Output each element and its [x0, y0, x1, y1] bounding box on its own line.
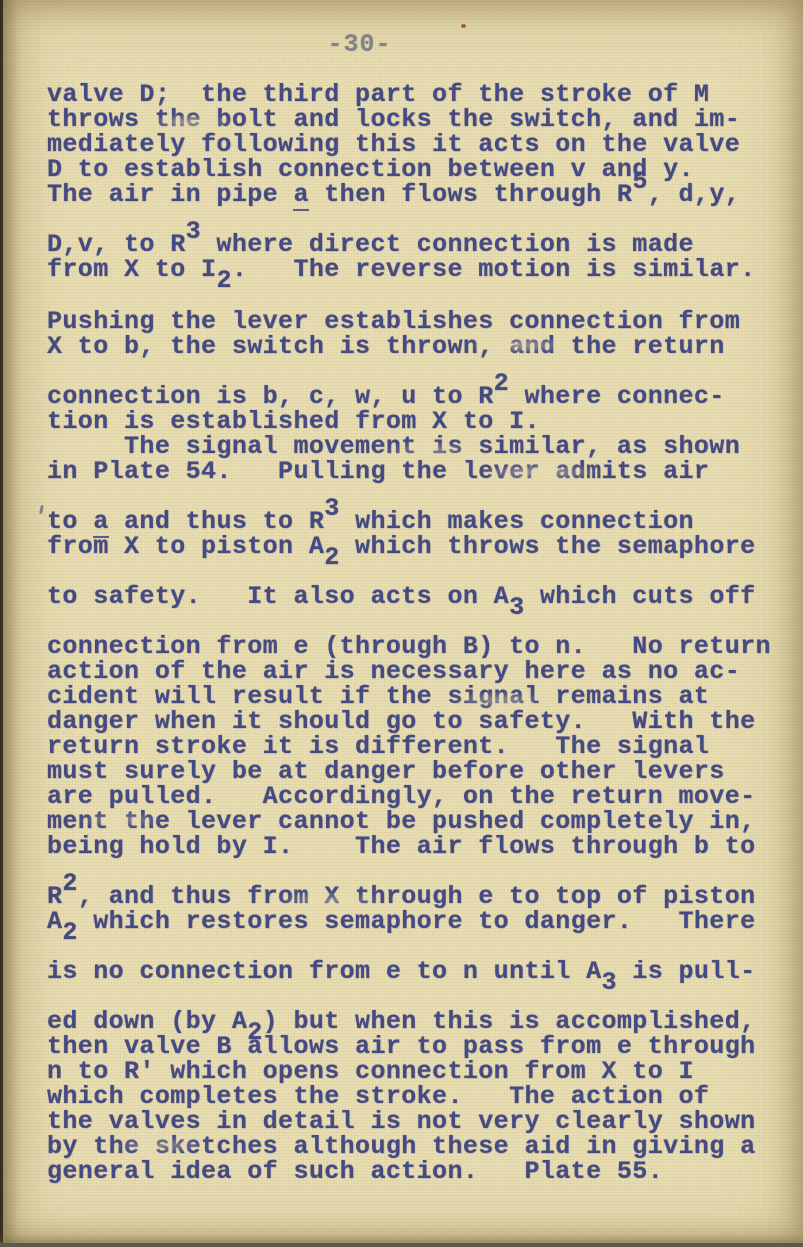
page-bottom-edge [0, 1243, 803, 1247]
text-line: throws the bolt and locks the switch, an… [47, 107, 787, 132]
text-run: , d,y, [648, 180, 740, 209]
text-run: The air in pipe [47, 180, 293, 209]
text-run: . The reverse motion is similar. [232, 255, 756, 284]
text-run: from X to piston A [47, 532, 324, 561]
text-line: cident will result if the signal remains… [47, 684, 787, 709]
text-line: ment the lever cannot be pushed complete… [47, 809, 787, 834]
subscript-digit: 2 [247, 1018, 262, 1047]
text-line: Pushing the lever establishes connection… [47, 309, 787, 334]
text-line: connection is b, c, w, u to R2 where con… [47, 384, 787, 409]
text-line: D to establish connection between v and … [47, 157, 787, 182]
text-line: general idea of such action. Plate 55. [47, 1159, 787, 1184]
text-line: D,v, to R3 where direct connection is ma… [47, 232, 787, 257]
text-run: is pull- [617, 957, 756, 986]
underlined-term: a [293, 180, 308, 211]
text-run: then flows through R [309, 180, 632, 209]
text-line: to a and thus to R3 which makes connecti… [47, 509, 787, 534]
text-line: the valves in detail is not very clearly… [47, 1109, 787, 1134]
text-line: danger when it should go to safety. With… [47, 709, 787, 734]
text-line: The air in pipe a then flows through R5,… [47, 182, 787, 207]
subscript-digit: 3 [602, 968, 617, 997]
superscript-digit: 3 [324, 494, 339, 523]
text-run: being hold by I. The air flows through b… [47, 832, 756, 861]
text-run: which throws the semaphore [340, 532, 756, 561]
page-number: -30- [0, 30, 761, 59]
text-line: by the sketches although these aid in gi… [47, 1134, 787, 1159]
text-line: must surely be at danger before other le… [47, 759, 787, 784]
text-line: The signal movement is similar, as shown [47, 434, 787, 459]
subscript-digit: 2 [324, 543, 339, 572]
subscript-digit: 2 [62, 918, 77, 947]
text-line: action of the air is necessary here as n… [47, 659, 787, 684]
text-line: being hold by I. The air flows through b… [47, 834, 787, 859]
document-page: -30- valve D; the third part of the stro… [0, 0, 803, 1247]
text-line: from X to I2. The reverse motion is simi… [47, 257, 787, 282]
text-run: is no connection from e to n until A [47, 957, 602, 986]
text-line: n to R' which opens connection from X to… [47, 1059, 787, 1084]
page-left-edge-shadow [3, 0, 19, 1247]
stray-ink-mark [39, 505, 44, 514]
text-line: mediately following this it acts on the … [47, 132, 787, 157]
paragraph: Pushing the lever establishes connection… [47, 309, 787, 1184]
text-line: A2 which restores semaphore to danger. T… [47, 909, 787, 934]
text-run: from X to I [47, 255, 216, 284]
text-line: to safety. It also acts on A3 which cuts… [47, 584, 787, 609]
superscript-digit: 2 [62, 869, 77, 898]
subscript-digit: 2 [216, 266, 231, 295]
text-run: to safety. It also acts on A [47, 582, 509, 611]
page-left-edge [0, 0, 3, 1247]
text-line: connection from e (through B) to n. No r… [47, 634, 787, 659]
text-run: A [47, 907, 62, 936]
text-line: tion is established from X to I. [47, 409, 787, 434]
text-line: R2, and thus from X through e to top of … [47, 884, 787, 909]
text-line: from X to piston A2 which throws the sem… [47, 534, 787, 559]
text-line: return stroke it is different. The signa… [47, 734, 787, 759]
superscript-digit: 2 [494, 369, 509, 398]
text-run: in Plate 54. Pulling the lever admits ai… [47, 457, 709, 486]
text-line: in Plate 54. Pulling the lever admits ai… [47, 459, 787, 484]
text-line: which completes the stroke. The action o… [47, 1084, 787, 1109]
text-run: which restores semaphore to danger. Ther… [78, 907, 756, 936]
page-text: valve D; the third part of the stroke of… [47, 82, 787, 1184]
text-line: are pulled. Accordingly, on the return m… [47, 784, 787, 809]
superscript-digit: 5 [632, 167, 647, 196]
text-line: then valve B allows air to pass from e t… [47, 1034, 787, 1059]
text-run: X to b, the switch is thrown, and the re… [47, 332, 725, 361]
text-run: which cuts off [524, 582, 755, 611]
page-bottom-edge-shadow [0, 1235, 803, 1243]
paragraph: valve D; the third part of the stroke of… [47, 82, 787, 282]
text-line: X to b, the switch is thrown, and the re… [47, 334, 787, 359]
text-run: general idea of such action. Plate 55. [47, 1157, 663, 1186]
text-line: valve D; the third part of the stroke of… [47, 82, 787, 107]
red-ink-speck [461, 24, 466, 28]
superscript-digit: 3 [186, 217, 201, 246]
text-line: ed down (by A2) but when this is accompl… [47, 1009, 787, 1034]
text-line: is no connection from e to n until A3 is… [47, 959, 787, 984]
subscript-digit: 3 [509, 593, 524, 622]
text-run: where connec- [509, 382, 725, 411]
